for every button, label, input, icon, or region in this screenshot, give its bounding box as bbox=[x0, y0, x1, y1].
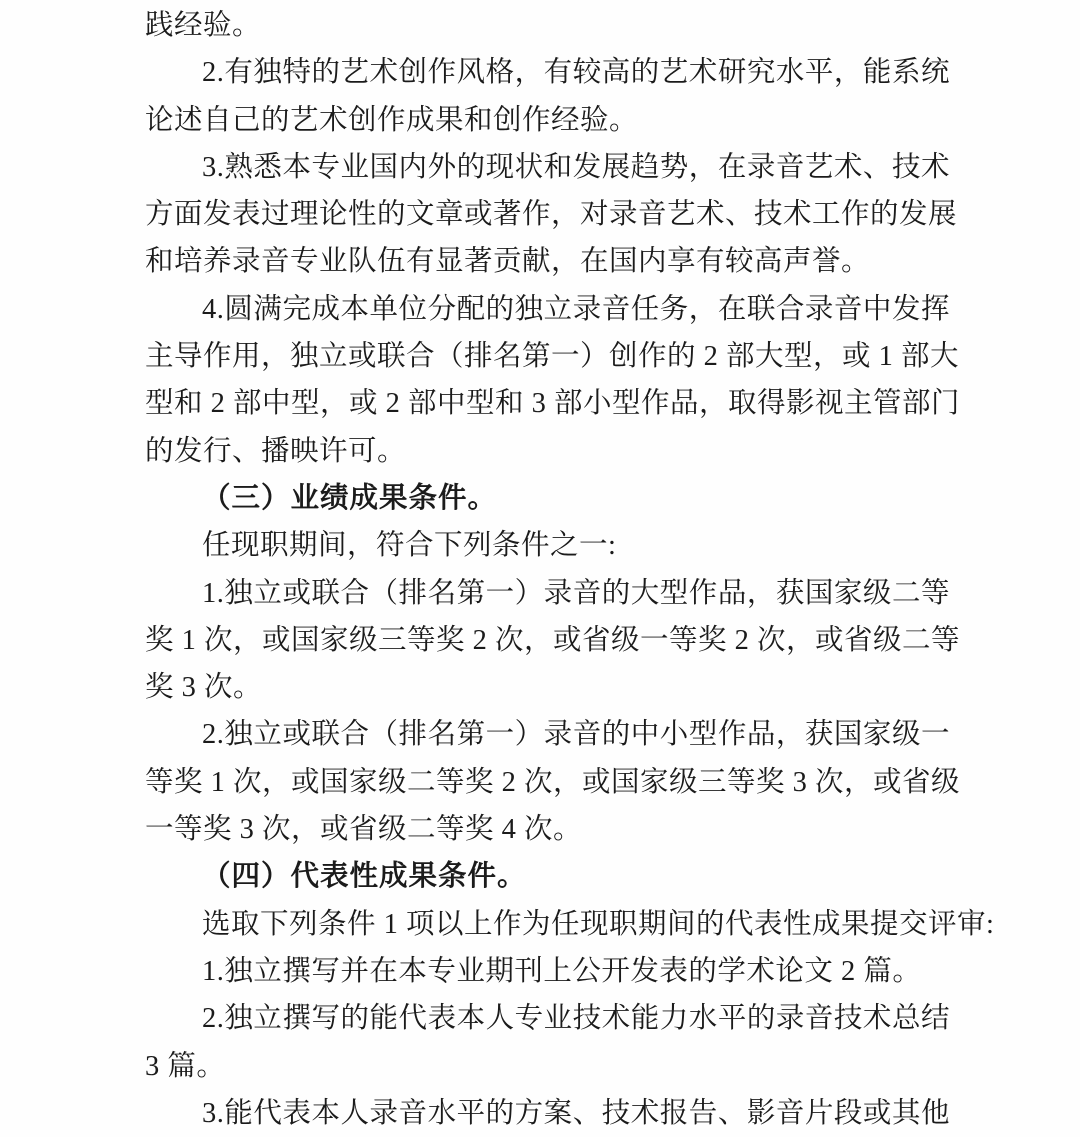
body-line: 论述自己的艺术创作成果和创作经验。 bbox=[145, 97, 950, 144]
body-line: 一等奖 3 次，或省级二等奖 4 次。 bbox=[145, 806, 950, 853]
body-line: 任现职期间，符合下列条件之一: bbox=[145, 522, 950, 569]
body-line: 方面发表过理论性的文章或著作，对录音艺术、技术工作的发展 bbox=[145, 191, 950, 238]
body-line: 2.独立或联合（排名第一）录音的中小型作品，获国家级一 bbox=[145, 711, 950, 758]
body-line: 奖 1 次，或国家级三等奖 2 次，或省级一等奖 2 次，或省级二等 bbox=[145, 617, 950, 664]
section-heading: （三）业绩成果条件。 bbox=[145, 475, 950, 522]
body-line: 2.有独特的艺术创作风格，有较高的艺术研究水平，能系统 bbox=[145, 49, 950, 96]
body-line: 践经验。 bbox=[145, 2, 950, 49]
body-line: 主导作用，独立或联合（排名第一）创作的 2 部大型，或 1 部大 bbox=[145, 333, 950, 380]
body-line: 1.独立或联合（排名第一）录音的大型作品，获国家级二等 bbox=[145, 570, 950, 617]
body-line: 3.熟悉本专业国内外的现状和发展趋势，在录音艺术、技术 bbox=[145, 144, 950, 191]
body-line: 和培养录音专业队伍有显著贡献，在国内享有较高声誉。 bbox=[145, 238, 950, 285]
body-line: 的发行、播映许可。 bbox=[145, 428, 950, 475]
body-line: 3 篇。 bbox=[145, 1043, 950, 1090]
section-heading: （四）代表性成果条件。 bbox=[145, 853, 950, 900]
body-line: 奖 3 次。 bbox=[145, 664, 950, 711]
body-line: 选取下列条件 1 项以上作为任现职期间的代表性成果提交评审: bbox=[145, 901, 950, 948]
body-line: 1.独立撰写并在本专业期刊上公开发表的学术论文 2 篇。 bbox=[145, 948, 950, 995]
body-line: 3.能代表本人录音水平的方案、技术报告、影音片段或其他 bbox=[145, 1090, 950, 1137]
body-line: 2.独立撰写的能代表本人专业技术能力水平的录音技术总结 bbox=[145, 995, 950, 1042]
body-line: 4.圆满完成本单位分配的独立录音任务，在联合录音中发挥 bbox=[145, 286, 950, 333]
document-text-block: 践经验。2.有独特的艺术创作风格，有较高的艺术研究水平，能系统论述自己的艺术创作… bbox=[145, 2, 950, 1137]
body-line: 型和 2 部中型，或 2 部中型和 3 部小型作品，取得影视主管部门 bbox=[145, 380, 950, 427]
document-page: 践经验。2.有独特的艺术创作风格，有较高的艺术研究水平，能系统论述自己的艺术创作… bbox=[0, 0, 1080, 1137]
body-line: 等奖 1 次，或国家级二等奖 2 次，或国家级三等奖 3 次，或省级 bbox=[145, 759, 950, 806]
